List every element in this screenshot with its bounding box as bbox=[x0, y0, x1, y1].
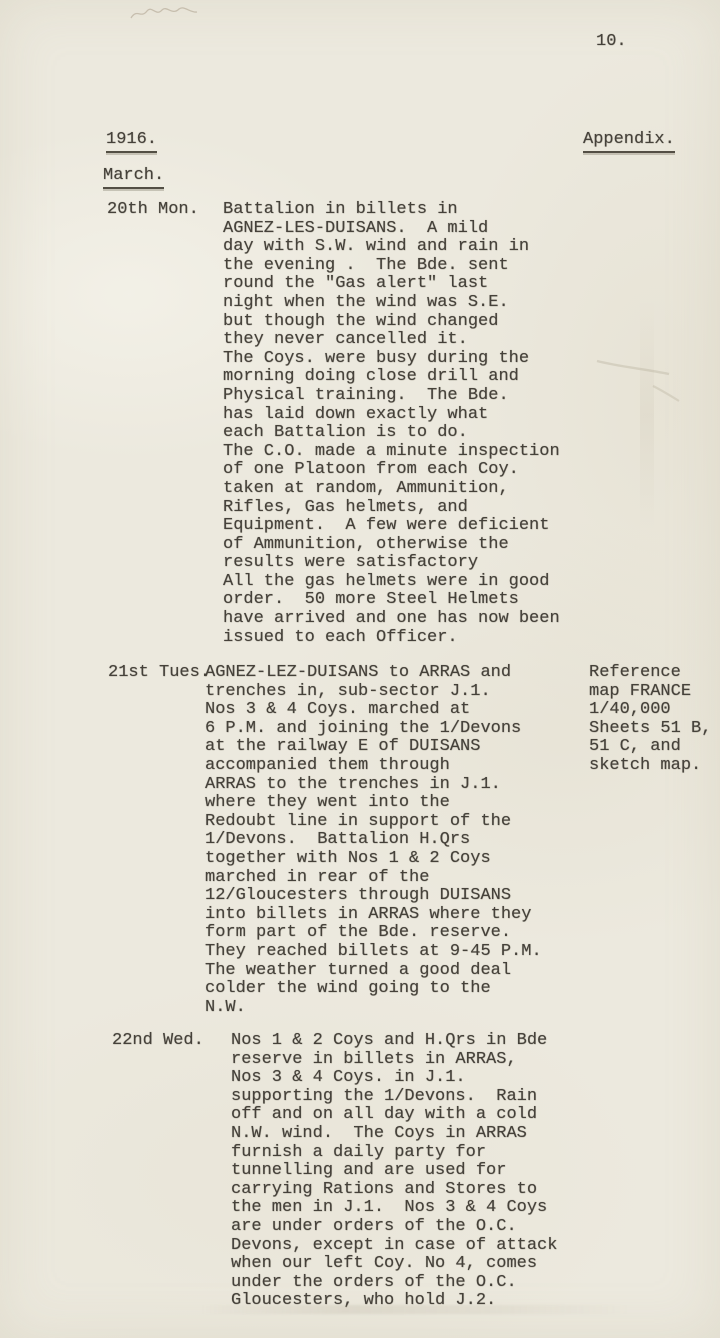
page-number: 10. bbox=[596, 33, 627, 52]
year-heading: 1916. bbox=[106, 131, 157, 153]
entry-date-21st: 21st Tues. bbox=[108, 664, 210, 683]
paper-streak bbox=[640, 300, 654, 530]
entry-body-22nd: Nos 1 & 2 Coys and H.Qrs in Bde reserve … bbox=[231, 1032, 557, 1311]
month-heading: March. bbox=[103, 167, 164, 189]
paper-smudge bbox=[200, 1305, 630, 1314]
entry-body-20th: Battalion in billets in AGNEZ-LES-DUISAN… bbox=[223, 201, 560, 647]
entry-side-note-reference-map: Reference map FRANCE 1/40,000 Sheets 51 … bbox=[589, 664, 711, 776]
diary-page: 10. 1916. Appendix. March. 20th Mon. Bat… bbox=[0, 0, 720, 1338]
appendix-heading: Appendix. bbox=[583, 131, 675, 153]
pencil-scribble bbox=[128, 3, 200, 25]
entry-date-22nd: 22nd Wed. bbox=[112, 1032, 204, 1051]
entry-date-20th: 20th Mon. bbox=[107, 201, 199, 220]
entry-body-21st: AGNEZ-LEZ-DUISANS to ARRAS and trenches … bbox=[205, 664, 542, 1017]
